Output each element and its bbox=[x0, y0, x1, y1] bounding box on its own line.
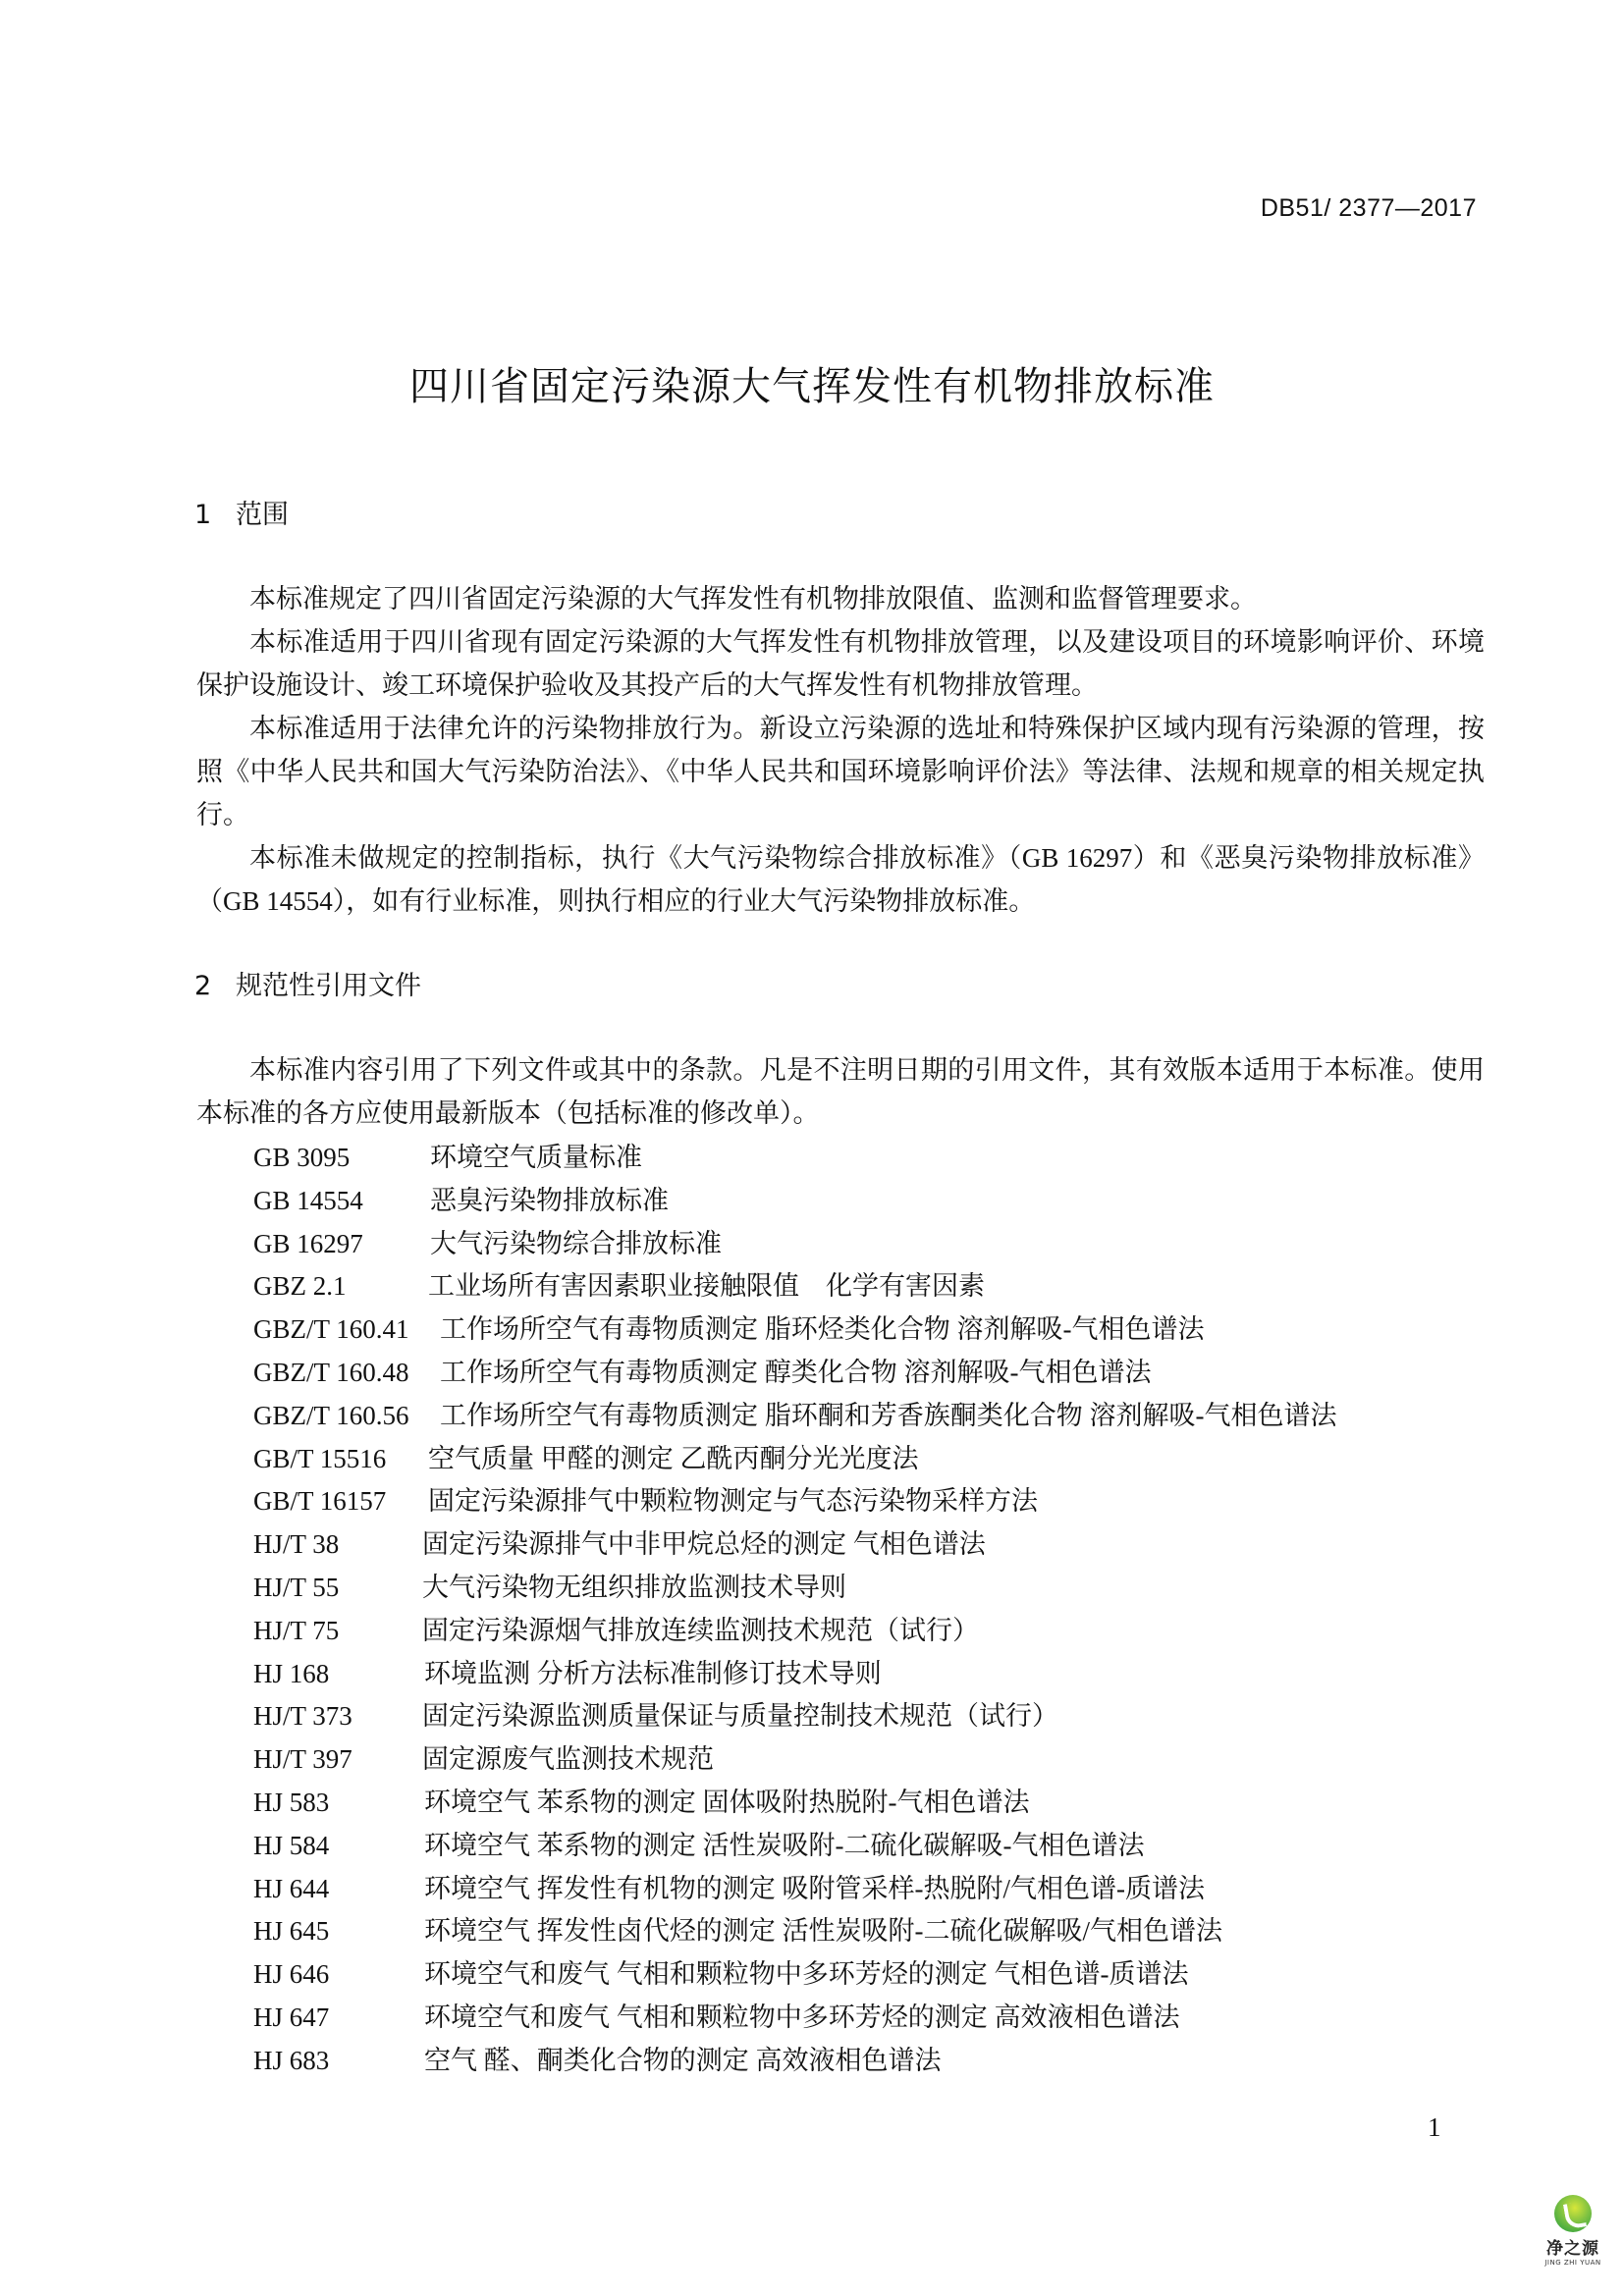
reference-item: HJ 647环境空气和废气 气相和颗粒物中多环芳烃的测定 高效液相色谱法 bbox=[253, 1997, 1337, 2040]
reference-code: HJ 168 bbox=[253, 1653, 424, 1696]
reference-item: HJ/T 373固定污染源监测质量保证与质量控制技术规范（试行） bbox=[253, 1695, 1337, 1738]
reference-item: GBZ/T 160.56工作场所空气有毒物质测定 脂环酮和芳香族酮类化合物 溶剂… bbox=[253, 1395, 1337, 1438]
reference-title: 工作场所空气有毒物质测定 脂环酮和芳香族酮类化合物 溶剂解吸-气相色谱法 bbox=[440, 1395, 1337, 1438]
reference-code: HJ/T 55 bbox=[253, 1567, 422, 1610]
reference-item: GB 14554恶臭污染物排放标准 bbox=[253, 1180, 1337, 1223]
section-2-heading: 2规范性引用文件 bbox=[194, 964, 421, 1002]
reference-item: HJ/T 75固定污染源烟气排放连续监测技术规范（试行） bbox=[253, 1610, 1337, 1653]
reference-title: 环境空气 挥发性有机物的测定 吸附管采样-热脱附/气相色谱-质谱法 bbox=[424, 1868, 1205, 1911]
reference-list: GB 3095环境空气质量标准 GB 14554恶臭污染物排放标准 GB 162… bbox=[253, 1137, 1337, 2083]
reference-title: 环境空气 挥发性卤代烃的测定 活性炭吸附-二硫化碳解吸/气相色谱法 bbox=[424, 1910, 1222, 1953]
reference-item: HJ 683空气 醛、酮类化合物的测定 高效液相色谱法 bbox=[253, 2040, 1337, 2083]
reference-title: 工作场所空气有毒物质测定 醇类化合物 溶剂解吸-气相色谱法 bbox=[440, 1352, 1152, 1395]
leaf-logo-icon bbox=[1554, 2195, 1592, 2232]
reference-code: GBZ/T 160.56 bbox=[253, 1395, 440, 1438]
paragraph: 本标准适用于四川省现有固定污染源的大气挥发性有机物排放管理，以及建设项目的环境影… bbox=[196, 620, 1485, 707]
logo-name-en: JING ZHI YUAN bbox=[1532, 2259, 1614, 2267]
reference-title: 环境空气和废气 气相和颗粒物中多环芳烃的测定 高效液相色谱法 bbox=[424, 1997, 1180, 2040]
reference-item: HJ 645环境空气 挥发性卤代烃的测定 活性炭吸附-二硫化碳解吸/气相色谱法 bbox=[253, 1910, 1337, 1953]
reference-item: HJ/T 397固定源废气监测技术规范 bbox=[253, 1738, 1337, 1782]
reference-item: GBZ 2.1工业场所有害因素职业接触限值 化学有害因素 bbox=[253, 1265, 1337, 1308]
reference-code: HJ 583 bbox=[253, 1782, 424, 1825]
section-number: 2 bbox=[194, 971, 236, 1001]
reference-code: HJ/T 75 bbox=[253, 1610, 422, 1653]
reference-code: GBZ 2.1 bbox=[253, 1265, 428, 1308]
reference-title: 固定源废气监测技术规范 bbox=[422, 1738, 714, 1782]
document-title: 四川省固定污染源大气挥发性有机物排放标准 bbox=[0, 355, 1624, 411]
reference-title: 空气 醛、酮类化合物的测定 高效液相色谱法 bbox=[424, 2040, 942, 2083]
section-title: 范围 bbox=[236, 500, 289, 530]
reference-title: 工业场所有害因素职业接触限值 化学有害因素 bbox=[428, 1265, 985, 1308]
section-number: 1 bbox=[194, 500, 236, 530]
reference-item: GB 3095环境空气质量标准 bbox=[253, 1137, 1337, 1180]
reference-title: 恶臭污染物排放标准 bbox=[430, 1180, 669, 1223]
reference-item: HJ 168环境监测 分析方法标准制修订技术导则 bbox=[253, 1653, 1337, 1696]
reference-item: HJ/T 55大气污染物无组织排放监测技术导则 bbox=[253, 1567, 1337, 1610]
reference-item: HJ 584环境空气 苯系物的测定 活性炭吸附-二硫化碳解吸-气相色谱法 bbox=[253, 1825, 1337, 1868]
reference-code: HJ 683 bbox=[253, 2040, 424, 2083]
reference-item: GBZ/T 160.48工作场所空气有毒物质测定 醇类化合物 溶剂解吸-气相色谱… bbox=[253, 1352, 1337, 1395]
reference-code: HJ 647 bbox=[253, 1997, 424, 2040]
reference-title: 固定污染源监测质量保证与质量控制技术规范（试行） bbox=[422, 1695, 1058, 1738]
reference-code: HJ/T 397 bbox=[253, 1738, 422, 1782]
reference-title: 空气质量 甲醛的测定 乙酰丙酮分光光度法 bbox=[428, 1438, 919, 1481]
reference-code: GBZ/T 160.48 bbox=[253, 1352, 440, 1395]
reference-code: GB 3095 bbox=[253, 1137, 430, 1180]
reference-item: GB/T 15516空气质量 甲醛的测定 乙酰丙酮分光光度法 bbox=[253, 1438, 1337, 1481]
page-number: 1 bbox=[1428, 2112, 1441, 2143]
reference-item: HJ 646环境空气和废气 气相和颗粒物中多环芳烃的测定 气相色谱-质谱法 bbox=[253, 1953, 1337, 1997]
reference-title: 大气污染物无组织排放监测技术导则 bbox=[422, 1567, 846, 1610]
watermark-logo: 净之源 JING ZHI YUAN bbox=[1532, 2195, 1614, 2267]
reference-title: 环境空气和废气 气相和颗粒物中多环芳烃的测定 气相色谱-质谱法 bbox=[424, 1953, 1189, 1997]
paragraph: 本标准未做规定的控制指标，执行《大气污染物综合排放标准》（GB 16297）和《… bbox=[196, 836, 1485, 923]
reference-code: GB/T 16157 bbox=[253, 1480, 428, 1523]
reference-item: GB 16297大气污染物综合排放标准 bbox=[253, 1223, 1337, 1266]
paragraph: 本标准内容引用了下列文件或其中的条款。凡是不注明日期的引用文件，其有效版本适用于… bbox=[196, 1048, 1485, 1135]
section-1-heading: 1范围 bbox=[194, 493, 289, 531]
paragraph: 本标准规定了四川省固定污染源的大气挥发性有机物排放限值、监测和监督管理要求。 bbox=[196, 577, 1485, 620]
reference-title: 工作场所空气有毒物质测定 脂环烃类化合物 溶剂解吸-气相色谱法 bbox=[440, 1308, 1205, 1352]
reference-title: 环境空气质量标准 bbox=[430, 1137, 642, 1180]
section-1-body: 本标准规定了四川省固定污染源的大气挥发性有机物排放限值、监测和监督管理要求。 本… bbox=[196, 577, 1485, 923]
reference-title: 固定污染源排气中非甲烷总烃的测定 气相色谱法 bbox=[422, 1523, 986, 1567]
reference-item: HJ/T 38固定污染源排气中非甲烷总烃的测定 气相色谱法 bbox=[253, 1523, 1337, 1567]
reference-item: HJ 644环境空气 挥发性有机物的测定 吸附管采样-热脱附/气相色谱-质谱法 bbox=[253, 1868, 1337, 1911]
reference-code: HJ 645 bbox=[253, 1910, 424, 1953]
reference-item: GB/T 16157固定污染源排气中颗粒物测定与气态污染物采样方法 bbox=[253, 1480, 1337, 1523]
reference-title: 环境空气 苯系物的测定 活性炭吸附-二硫化碳解吸-气相色谱法 bbox=[424, 1825, 1144, 1868]
logo-name-cn: 净之源 bbox=[1532, 2234, 1614, 2259]
reference-item: HJ 583环境空气 苯系物的测定 固体吸附热脱附-气相色谱法 bbox=[253, 1782, 1337, 1825]
reference-code: GB/T 15516 bbox=[253, 1438, 428, 1481]
reference-code: HJ/T 38 bbox=[253, 1523, 422, 1567]
reference-code: HJ/T 373 bbox=[253, 1695, 422, 1738]
reference-code: HJ 646 bbox=[253, 1953, 424, 1997]
paragraph: 本标准适用于法律允许的污染物排放行为。新设立污染源的选址和特殊保护区域内现有污染… bbox=[196, 707, 1485, 836]
section-title: 规范性引用文件 bbox=[236, 971, 421, 1001]
reference-title: 环境空气 苯系物的测定 固体吸附热脱附-气相色谱法 bbox=[424, 1782, 1030, 1825]
reference-title: 大气污染物综合排放标准 bbox=[430, 1223, 722, 1266]
reference-title: 环境监测 分析方法标准制修订技术导则 bbox=[424, 1653, 882, 1696]
reference-code: GBZ/T 160.41 bbox=[253, 1308, 440, 1352]
standard-code: DB51/ 2377—2017 bbox=[1261, 194, 1477, 223]
reference-title: 固定污染源烟气排放连续监测技术规范（试行） bbox=[422, 1610, 979, 1653]
reference-code: GB 14554 bbox=[253, 1180, 430, 1223]
reference-code: HJ 584 bbox=[253, 1825, 424, 1868]
section-2-body: 本标准内容引用了下列文件或其中的条款。凡是不注明日期的引用文件，其有效版本适用于… bbox=[196, 1048, 1485, 1135]
reference-title: 固定污染源排气中颗粒物测定与气态污染物采样方法 bbox=[428, 1480, 1038, 1523]
reference-code: HJ 644 bbox=[253, 1868, 424, 1911]
reference-item: GBZ/T 160.41工作场所空气有毒物质测定 脂环烃类化合物 溶剂解吸-气相… bbox=[253, 1308, 1337, 1352]
reference-code: GB 16297 bbox=[253, 1223, 430, 1266]
